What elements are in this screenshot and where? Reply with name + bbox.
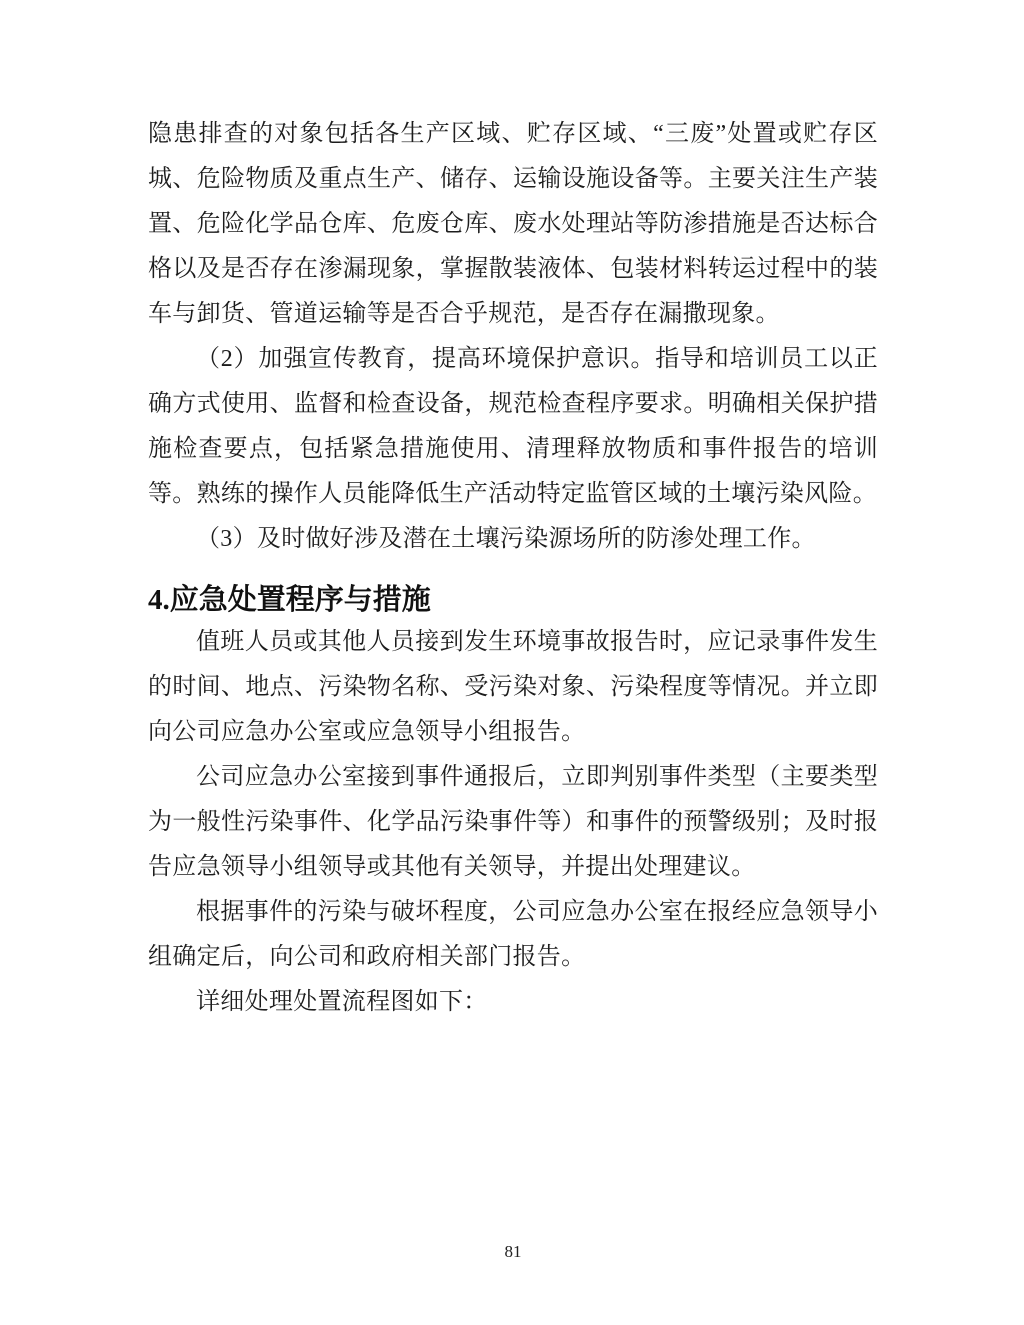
text-block: 隐患排查的对象包括各生产区域、贮存区域、“三废”处置或贮存区城、危险物质及重点生… <box>148 112 878 1025</box>
document-page: 隐患排查的对象包括各生产区域、贮存区域、“三废”处置或贮存区城、危险物质及重点生… <box>0 0 1024 1325</box>
paragraph-emergency-office-classification: 公司应急办公室接到事件通报后，立即判别事件类型（主要类型为一般性污染事件、化学品… <box>148 755 878 890</box>
paragraph-report-to-government: 根据事件的污染与破坏程度，公司应急办公室在报经应急领导小组确定后，向公司和政府相… <box>148 890 878 980</box>
paragraph-hazard-inspection: 隐患排查的对象包括各生产区域、贮存区域、“三废”处置或贮存区城、危险物质及重点生… <box>148 112 878 337</box>
paragraph-flowchart-intro: 详细处理处置流程图如下： <box>148 980 878 1025</box>
paragraph-item-2-publicity-education: （2）加强宣传教育，提高环境保护意识。指导和培训员工以正确方式使用、监督和检查设… <box>148 337 878 517</box>
paragraph-item-3-seepage-control: （3）及时做好涉及潜在土壤污染源场所的防渗处理工作。 <box>148 517 878 562</box>
paragraph-duty-personnel-report: 值班人员或其他人员接到发生环境事故报告时，应记录事件发生的时间、地点、污染物名称… <box>148 620 878 755</box>
section-heading-emergency-procedures: 4.应急处置程序与措施 <box>148 580 878 620</box>
page-number: 81 <box>148 1242 878 1262</box>
